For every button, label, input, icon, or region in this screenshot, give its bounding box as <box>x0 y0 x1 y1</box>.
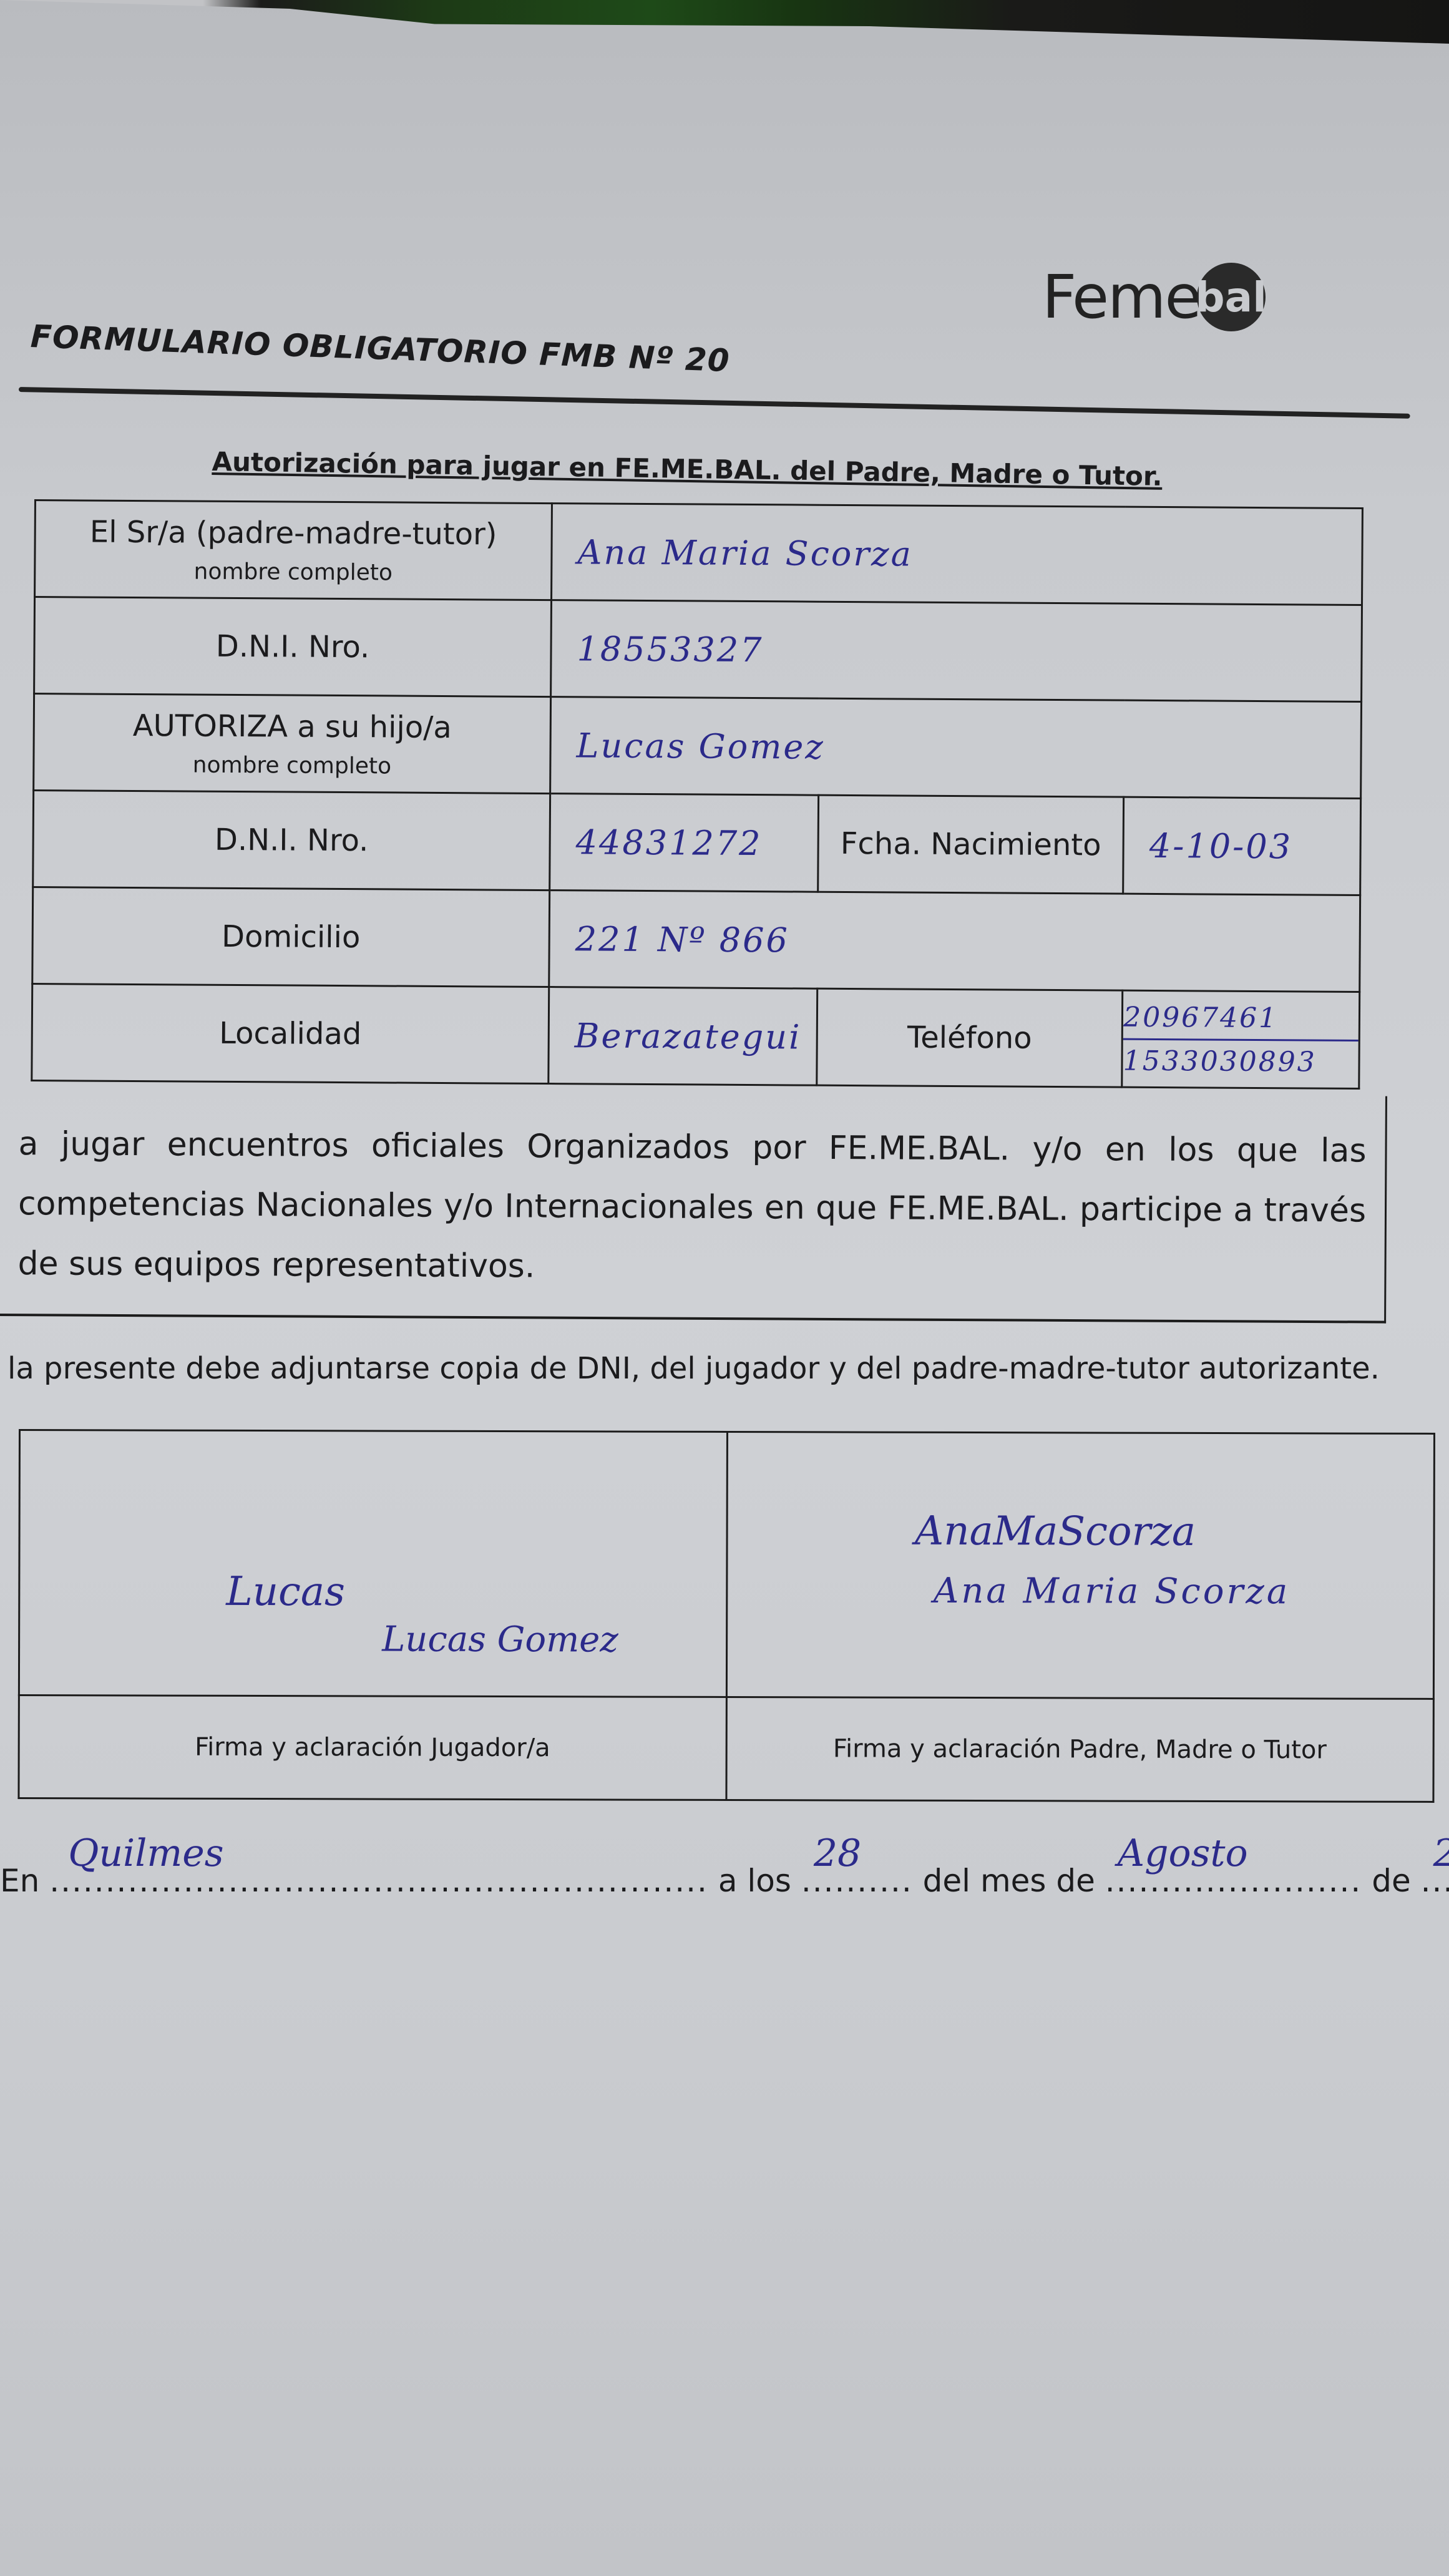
child-dni-label: D.N.I. Nro. <box>33 791 550 890</box>
birth-date-field[interactable]: 4-10-03 <box>1123 797 1361 895</box>
address-label: Domicilio <box>32 887 550 987</box>
authorization-text: a jugar encuentros oficiales Organizados… <box>17 1114 1366 1300</box>
logo-text: Feme <box>1042 262 1201 332</box>
player-signature-area[interactable]: Lucas Lucas Gomez <box>19 1430 727 1697</box>
table-row: Firma y aclaración Jugador/a Firma y acl… <box>19 1695 1433 1802</box>
table-row: El Sr/a (padre-madre-tutor) nombre compl… <box>35 500 1363 605</box>
city-field[interactable]: Berazategui <box>549 987 817 1086</box>
birth-date-label: Fcha. Nacimiento <box>818 795 1124 894</box>
form-title: FORMULARIO OBLIGATORIO FMB Nº 20 <box>30 318 731 379</box>
parent-clarification: Ana Maria Scorza <box>934 1571 1290 1612</box>
table-row: D.N.I. Nro. 18553327 <box>34 597 1362 702</box>
authorization-text-box: a jugar encuentros oficiales Organizados… <box>0 1089 1387 1324</box>
city-label: Localidad <box>32 983 549 1083</box>
child-name-label: AUTORIZA a su hijo/a nombre completo <box>34 694 551 794</box>
parent-name-label: El Sr/a (padre-madre-tutor) nombre compl… <box>35 500 552 600</box>
place-date-line: En .....................................… <box>0 1863 1449 1899</box>
parent-dni-label: D.N.I. Nro. <box>34 597 552 697</box>
address-field[interactable]: 221 Nº 866 <box>549 890 1360 992</box>
child-dni-field[interactable]: 44831272 <box>550 794 819 892</box>
footer-prefix: En <box>0 1863 39 1899</box>
table-row: Domicilio 221 Nº 866 <box>32 887 1360 992</box>
title-divider <box>19 387 1410 419</box>
phone-field[interactable]: 20967461 1533030893 <box>1122 990 1360 1088</box>
photo-background-edge <box>0 0 1449 44</box>
player-clarification: Lucas Gomez <box>382 1619 618 1661</box>
femebal-logo: Feme bal <box>1042 262 1266 332</box>
parent-name-field[interactable]: Ana Maria Scorza <box>552 504 1363 605</box>
parent-signature: AnaMaScorza <box>915 1508 1196 1555</box>
footer-del-mes-de: del mes de <box>923 1863 1095 1899</box>
table-row: D.N.I. Nro. 44831272 Fcha. Nacimiento 4-… <box>33 791 1361 895</box>
table-row: AUTORIZA a su hijo/a nombre completo Luc… <box>34 694 1362 799</box>
phone-1: 20967461 <box>1123 996 1359 1041</box>
signature-table: Lucas Lucas Gomez AnaMaScorza Ana Maria … <box>17 1429 1435 1803</box>
player-signature-caption: Firma y aclaración Jugador/a <box>19 1695 726 1800</box>
year-field[interactable]: ...........2019 <box>1421 1863 1449 1899</box>
day-field[interactable]: ..........28 <box>801 1863 913 1899</box>
table-row: Localidad Berazategui Teléfono 20967461 … <box>32 983 1360 1088</box>
footer-a-los: a los <box>718 1863 791 1899</box>
place-field[interactable]: ........................................… <box>49 1863 708 1899</box>
child-name-field[interactable]: Lucas Gomez <box>550 697 1362 799</box>
phone-2: 1533030893 <box>1123 1040 1359 1083</box>
attachment-note: la presente debe adjuntarse copia de DNI… <box>7 1351 1380 1386</box>
parent-dni-field[interactable]: 18553327 <box>551 600 1362 702</box>
footer-de: de <box>1372 1863 1411 1899</box>
logo-ball-icon: bal <box>1197 263 1266 331</box>
parent-signature-caption: Firma y aclaración Padre, Madre o Tutor <box>726 1697 1433 1802</box>
authorization-info-table: El Sr/a (padre-madre-tutor) nombre compl… <box>31 499 1364 1090</box>
parent-signature-area[interactable]: AnaMaScorza Ana Maria Scorza <box>726 1432 1435 1699</box>
player-signature: Lucas <box>226 1569 345 1615</box>
form-subtitle: Autorización para jugar en FE.ME.BAL. de… <box>212 446 1163 492</box>
month-field[interactable]: .......................Agosto <box>1105 1863 1362 1899</box>
phone-label: Teléfono <box>817 988 1123 1087</box>
table-row: Lucas Lucas Gomez AnaMaScorza Ana Maria … <box>19 1430 1434 1699</box>
